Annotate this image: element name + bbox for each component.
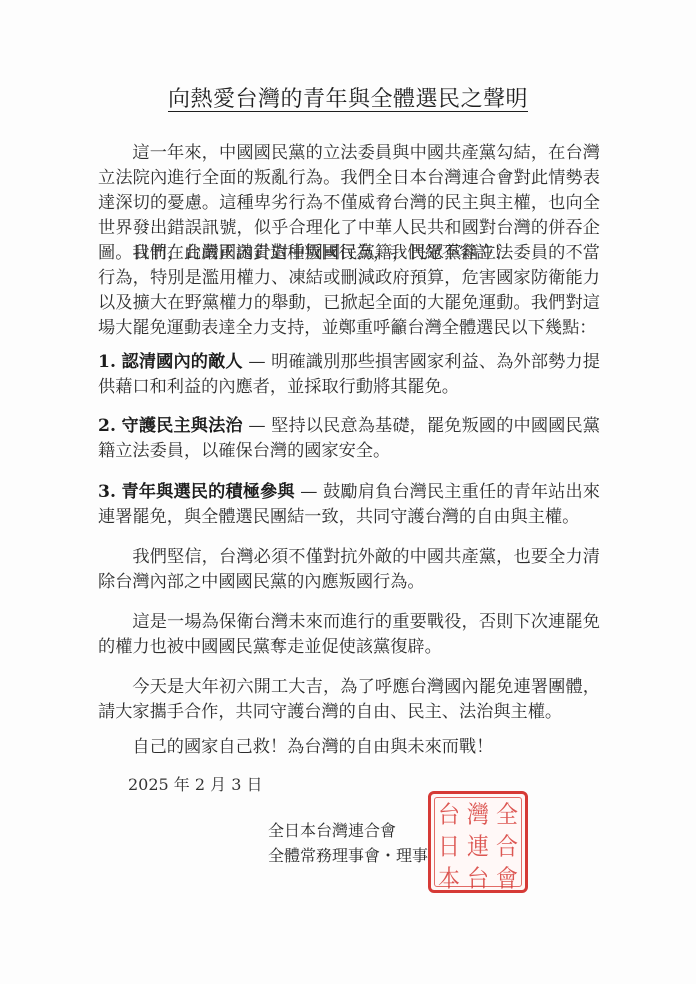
point-2-dash: — [243, 416, 271, 436]
point-1-dash: — [243, 352, 271, 372]
point-1-heading: 認清國內的敵人 [122, 352, 243, 372]
red-seal-stamp: 台 灣 全 日 連 合 本 台 會 [428, 791, 528, 893]
seal-character: 全 [493, 797, 521, 830]
seal-character: 會 [493, 861, 521, 894]
document-title: 向熱愛台灣的青年與全體選民之聲明 [0, 82, 696, 113]
paragraph-recall-movement: 目前，台灣國內針對中國國民黨籍，民眾黨籍立法委員的不當行為，特別是濫用權力、凍結… [98, 241, 600, 341]
paragraph-call-to-action: 今天是大年初六開工大吉，為了呼應台灣國內罷免連署團體，請大家攜手合作，共同守護台… [98, 675, 600, 725]
signature-board: 全體常務理事會・理事會 [268, 843, 444, 868]
point-3-number: 3. [98, 482, 116, 502]
point-2-heading: 守護民主與法治 [122, 416, 243, 436]
seal-character: 本 [435, 861, 463, 894]
seal-character: 台 [464, 861, 492, 894]
point-1-number: 1. [98, 352, 116, 372]
signature-block: 全日本台灣連合會 全體常務理事會・理事會 [268, 818, 444, 868]
paragraph-battle: 這是一場為保衛台灣未來而進行的重要戰役，否則下次連罷免的權力也被中國國民黨奪走並… [98, 610, 600, 660]
point-1: 1. 認清國內的敵人 — 明確識別那些損害國家利益、為外部勢力提供藉口和利益的內… [98, 350, 600, 400]
point-2: 2. 守護民主與法治 — 堅持以民意為基礎，罷免叛國的中國國民黨籍立法委員，以確… [98, 414, 600, 464]
document-page: 向熱愛台灣的青年與全體選民之聲明 這一年來，中國國民黨的立法委員與中國共產黨勾結… [0, 0, 696, 984]
seal-character: 連 [464, 829, 492, 862]
paragraph-conviction: 我們堅信，台灣必須不僅對抗外敵的中國共產黨，也要全力清除台灣內部之中國國民黨的內… [98, 545, 600, 595]
point-3-heading: 青年與選民的積極參與 [122, 482, 295, 502]
title-text: 向熱愛台灣的青年與全體選民之聲明 [168, 87, 528, 112]
seal-character: 台 [435, 797, 463, 830]
seal-character: 日 [435, 829, 463, 862]
paragraph-slogan: 自己的國家自己救！為台灣的自由與未來而戰！ [98, 735, 600, 760]
seal-character: 灣 [464, 797, 492, 830]
point-3-dash: — [295, 482, 323, 502]
signature-organization: 全日本台灣連合會 [268, 818, 444, 843]
point-3: 3. 青年與選民的積極參與 — 鼓勵肩負台灣民主重任的青年站出來連署罷免，與全體… [98, 480, 600, 530]
document-date: 2025 年 2 月 3 日 [128, 772, 263, 795]
seal-character: 合 [493, 829, 521, 862]
point-2-number: 2. [98, 416, 116, 436]
